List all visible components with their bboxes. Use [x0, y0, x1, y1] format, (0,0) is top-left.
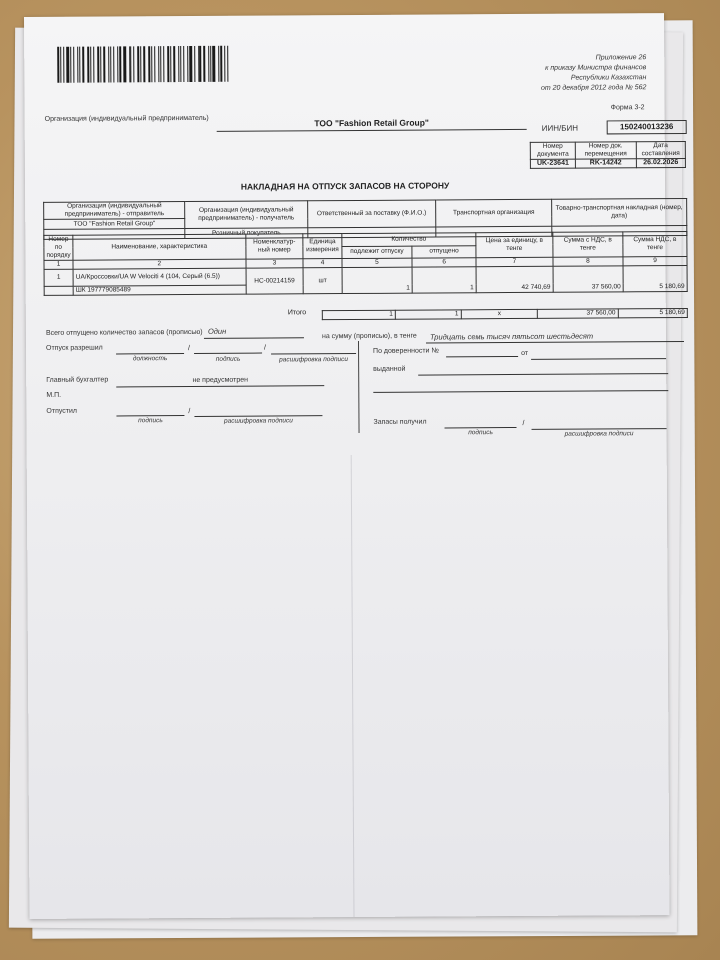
- appendix-note: Приложение 26 к приказу Министра финансо…: [486, 53, 646, 94]
- waybill-document: Приложение 26 к приказу Министра финансо…: [24, 13, 669, 919]
- iin-label: ИИН/БИН: [542, 124, 578, 133]
- item-qty-due: 1: [342, 267, 412, 293]
- proxy-from-label: от: [521, 350, 528, 357]
- item-barcode: ШК 197779085489: [73, 285, 245, 295]
- total-vat: 5 180,69: [618, 308, 687, 317]
- total-qty-words-value: Один: [208, 327, 226, 336]
- chief-accountant-value: не предусмотрен: [116, 376, 324, 384]
- signature-line: [194, 353, 262, 354]
- issued-line: [418, 373, 668, 376]
- total-qty-words-label: Всего отпущено количество запасов (пропи…: [46, 329, 203, 337]
- org-label: Организация (индивидуальный предпринимат…: [45, 115, 209, 123]
- col-qty-released-header: отпущено: [412, 245, 476, 258]
- total-qty-words-line: [204, 337, 304, 339]
- chief-accountant-line: [116, 385, 324, 387]
- item-sum-vat: 37 560,00: [553, 266, 623, 292]
- total-sum-words-line: [426, 341, 684, 344]
- sender-label: Организация (индивидуальный предпринимат…: [44, 202, 186, 220]
- total-qty-due: 1: [322, 310, 395, 319]
- responsible-label: Ответственный за поставку (Ф.И.О.): [307, 200, 436, 228]
- total-sum-words-label: на сумму (прописью), в тенге: [322, 333, 417, 341]
- date-header: Дата составления: [636, 141, 685, 158]
- col-quantity-header: Количество: [342, 233, 476, 246]
- proxy-number-line: [446, 356, 518, 357]
- footer-divider: [358, 341, 360, 433]
- chief-accountant-label: Главный бухгалтер: [46, 376, 108, 383]
- total-sum-words-value: Тридцать семь тысяч пятьсот шестьдесят: [430, 332, 593, 342]
- form-number: Форма 3-2: [611, 104, 645, 111]
- receiver-label: Организация (индивидуальный предпринимат…: [185, 201, 307, 229]
- col-price-header: Цена за единицу, в тенге: [476, 232, 553, 257]
- org-name: ТОО "Fashion Retail Group": [217, 117, 527, 132]
- transfer-number-header: Номер док. перемещения: [575, 142, 636, 159]
- released-by-label: Отпустил: [46, 408, 77, 415]
- proxy-label: По доверенности №: [373, 347, 439, 354]
- issued-line-2: [373, 390, 668, 393]
- totals-label: Итого: [288, 309, 306, 316]
- proxy-date-line: [531, 358, 666, 360]
- col-unit-header: Единица измерения: [303, 234, 342, 259]
- col-name-header: Наименование, характеристика: [73, 234, 246, 260]
- received-label: Запасы получил: [373, 419, 426, 426]
- item-vat: 5 180,69: [623, 265, 687, 291]
- total-price: х: [461, 309, 538, 318]
- issued-label: выданной: [373, 366, 405, 373]
- col-num-header: Номер по порядку: [44, 235, 73, 260]
- item-price: 42 740,69: [476, 266, 553, 292]
- paper-fold: [351, 455, 355, 917]
- item-qty-released: 1: [412, 267, 476, 293]
- row-num: 1: [44, 269, 73, 286]
- stamp-label: М.П.: [46, 392, 61, 399]
- doc-number: UK-23641: [530, 159, 575, 168]
- table-row: 1 UA/Кроссовки/UA W Velociti 4 (104, Сер…: [44, 265, 687, 286]
- item-nomenclature: НС-00214159: [246, 268, 304, 294]
- item-unit: шт: [303, 268, 342, 294]
- item-name: UA/Кроссовки/UA W Velociti 4 (104, Серый…: [73, 268, 245, 286]
- waybill-label: Товарно-транспортная накладная (номер, д…: [552, 198, 687, 226]
- barcode: [57, 46, 229, 83]
- col-sum-vat-header: Сумма с НДС, в тенге: [553, 232, 623, 257]
- doc-number-header: Номер документа: [530, 142, 575, 159]
- release-allowed-label: Отпуск разрешил: [46, 345, 103, 352]
- document-info-table: Номер документа Номер док. перемещения Д…: [530, 141, 686, 169]
- decoding-line: [271, 353, 356, 355]
- doc-date: 26.02.2026: [636, 158, 685, 167]
- iin-value: 150240013236: [607, 120, 687, 134]
- col-qty-due-header: подлежит отпуску: [342, 246, 412, 259]
- total-qty-released: 1: [395, 310, 461, 319]
- transport-label: Транспортная организация: [436, 199, 552, 227]
- col-nomenclature-header: Номенклатур-ный номер: [245, 234, 303, 259]
- col-vat-header: Сумма НДС, в тенге: [623, 231, 687, 256]
- document-title: НАКЛАДНАЯ НА ОТПУСК ЗАПАСОВ НА СТОРОНУ: [25, 179, 665, 193]
- total-sum-vat: 37 560,00: [538, 309, 618, 318]
- items-table: Номер по порядку Наименование, характери…: [43, 231, 687, 296]
- transfer-number: RK-14242: [575, 159, 636, 168]
- totals-row: 1 1 х 37 560,00 5 180,69: [322, 308, 688, 320]
